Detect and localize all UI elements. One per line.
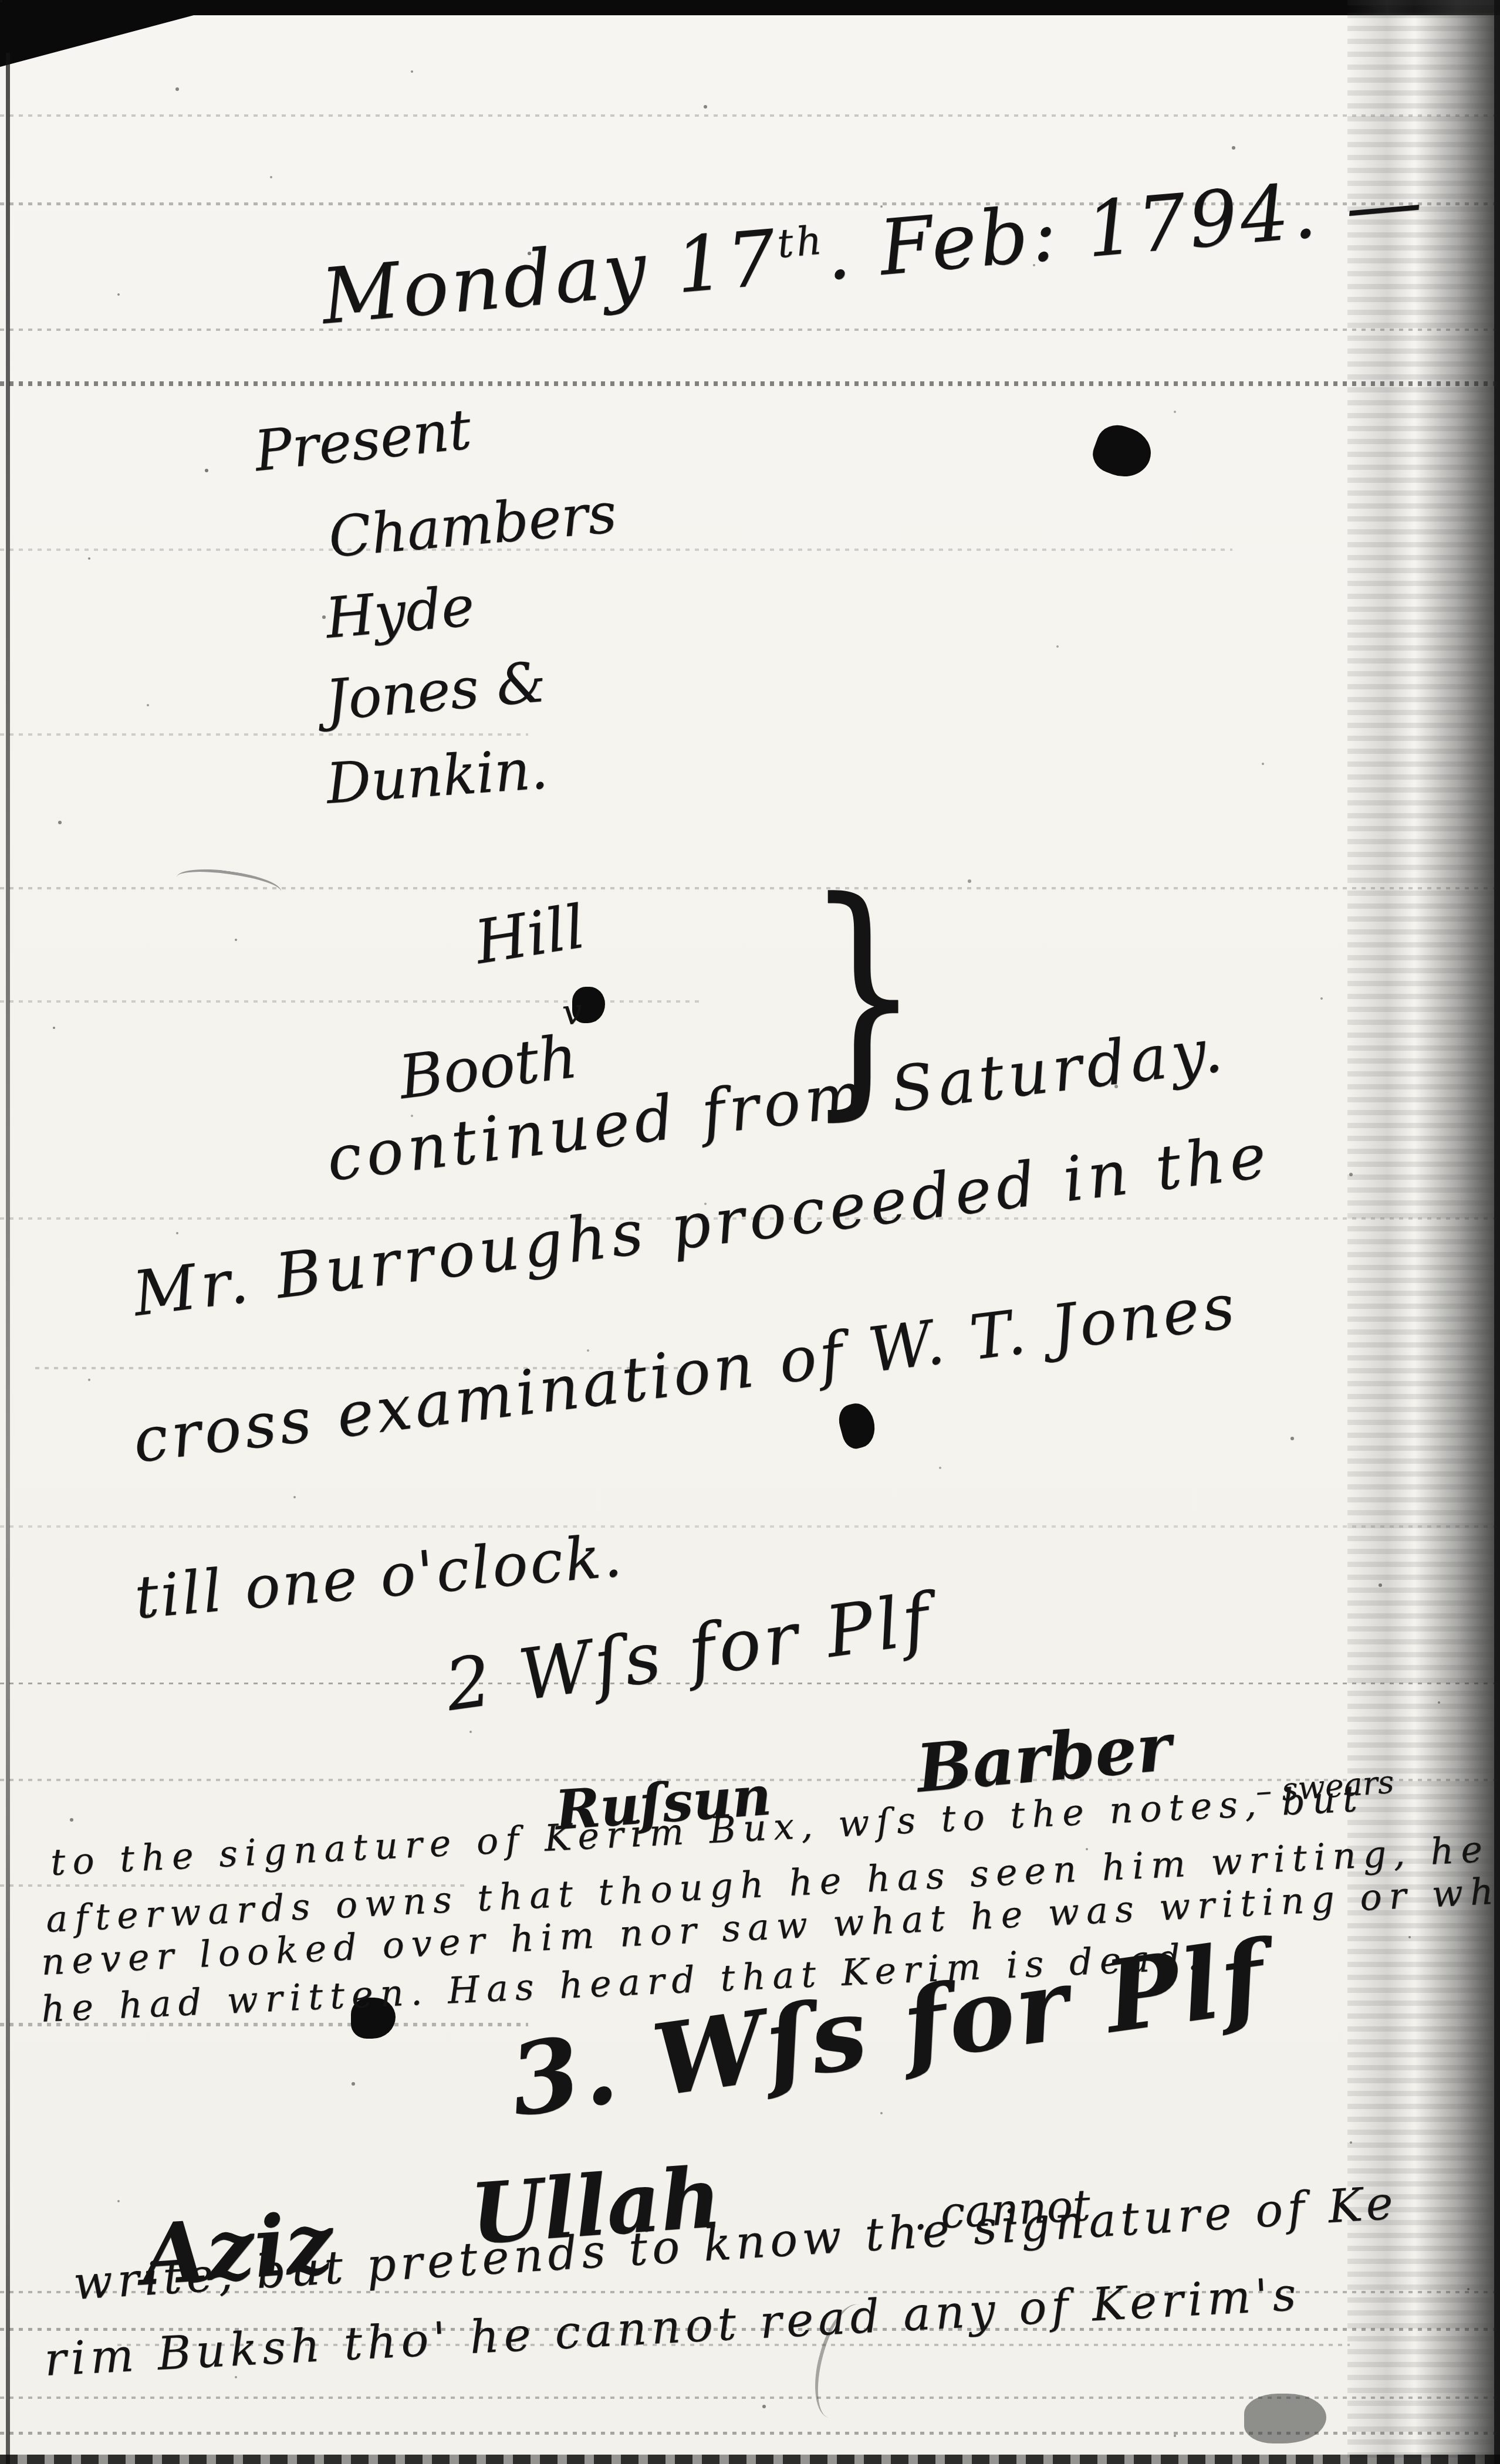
witness2-heading: 2 Wſs for Plf xyxy=(441,1578,938,1727)
judge-name: Hyde xyxy=(323,574,477,651)
smudge-stroke xyxy=(175,864,283,905)
scan-corner-wedge xyxy=(0,15,194,67)
scan-streak xyxy=(0,733,528,736)
scan-bottom-border xyxy=(0,2455,1500,2464)
scan-right-edge xyxy=(1494,0,1500,2464)
date-heading-rest: . Feb: 1794. — xyxy=(822,156,1428,297)
date-ordinal-superscript: th xyxy=(775,216,826,267)
judge-name: Jones & xyxy=(323,650,548,733)
scan-left-edge xyxy=(6,53,10,2464)
date-heading: Monday 17th. Feb: 1794. — xyxy=(318,156,1428,341)
judge-name: Dunkin. xyxy=(324,737,550,817)
paper-speckles xyxy=(0,0,2,2)
scan-streak xyxy=(0,549,1232,551)
scan-streak xyxy=(0,114,1500,117)
judge-name: Chambers xyxy=(326,481,619,570)
case-plaintiff: Hill xyxy=(470,892,589,978)
binding-gutter-shadow xyxy=(1347,0,1500,2464)
date-heading-main: Monday 17 xyxy=(318,213,782,341)
present-label: Present xyxy=(252,397,474,484)
scan-streak xyxy=(0,329,1500,331)
ink-blot xyxy=(1088,419,1158,485)
scan-streak xyxy=(0,381,1500,386)
scan-top-border xyxy=(0,0,1500,15)
manuscript-page: Monday 17th. Feb: 1794. — Present Chambe… xyxy=(0,0,1500,2464)
pencil-smudge xyxy=(1244,2394,1326,2443)
scan-streak xyxy=(0,1525,1500,1528)
proceedings-line: till one o'clock. xyxy=(132,1521,627,1632)
ink-blot xyxy=(835,1400,880,1451)
